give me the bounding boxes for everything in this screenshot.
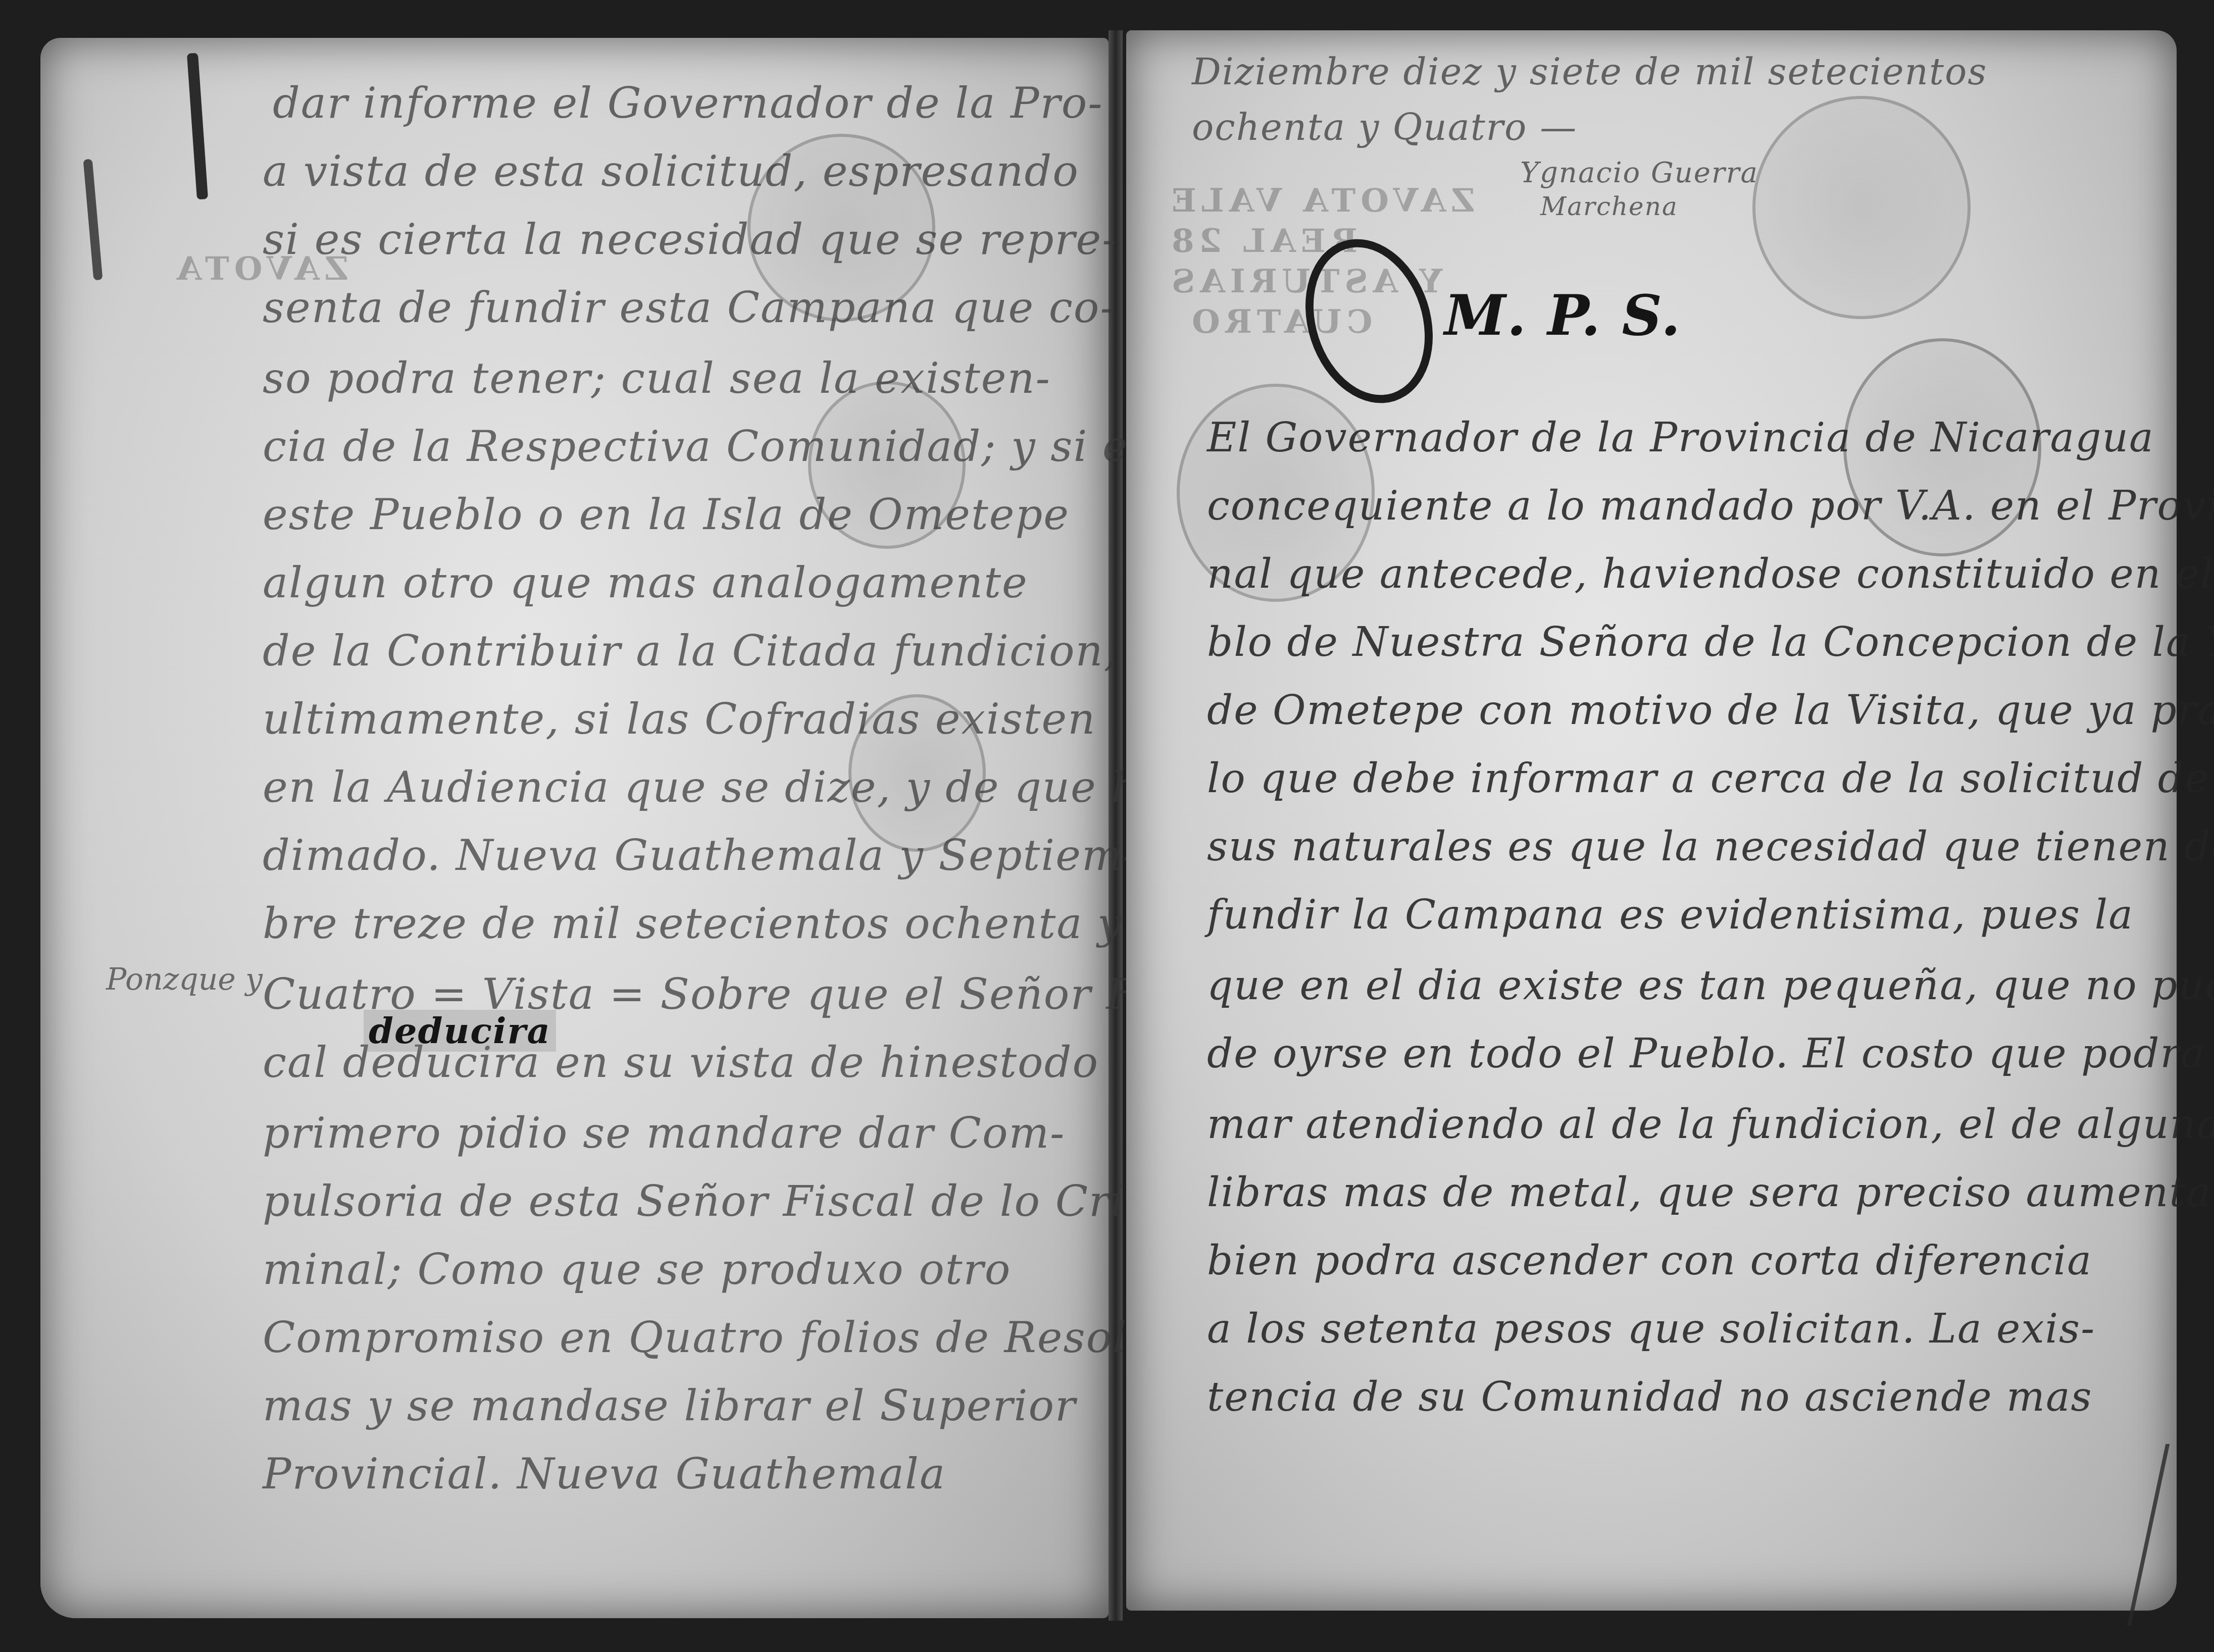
manuscript-line: primero pidio se mandare dar Com- bbox=[263, 1108, 1065, 1158]
manuscript-line: minal; Como que se produxo otro bbox=[263, 1245, 1011, 1294]
manuscript-line: dar informe el Governador de la Pro- bbox=[273, 78, 1103, 128]
manuscript-line: este Pueblo o en la Isla de Ometepe bbox=[263, 490, 1070, 539]
manuscript-line: si es cierta la necesidad que se repre- bbox=[263, 215, 1118, 264]
manuscript-line: cia de la Respectiva Comunidad; y si en bbox=[263, 422, 1157, 471]
book-gutter bbox=[1109, 30, 1123, 1621]
manuscript-line: tencia de su Comunidad no asciende mas bbox=[1207, 1373, 2093, 1420]
salutation: M. P. S. bbox=[1444, 283, 1681, 348]
signature-title: Marchena bbox=[1540, 192, 1678, 221]
margin-note: Ponzque y bbox=[106, 962, 263, 997]
bleed-through-stamp-text: ZAVOTA VALE bbox=[1167, 182, 1475, 220]
manuscript-line: Provincial. Nueva Guathemala bbox=[263, 1449, 946, 1499]
signature-name: Ygnacio Guerra bbox=[1520, 157, 1758, 189]
manuscript-line: pulsoria de esta Señor Fiscal de lo Cri- bbox=[263, 1176, 1140, 1226]
highlighted-word: deducira bbox=[364, 1010, 556, 1052]
faded-seal-stamp bbox=[1752, 96, 1971, 319]
manuscript-line: so podra tener; cual sea la existen- bbox=[263, 353, 1051, 403]
manuscript-line: nal que antecede, haviendose constituido… bbox=[1207, 550, 2214, 597]
manuscript-line: a vista de esta solicitud, espresando bbox=[263, 146, 1079, 196]
manuscript-line: fundir la Campana es evidentisima, pues … bbox=[1207, 891, 2134, 938]
manuscript-line: concequiente a lo mandado por V.A. en el… bbox=[1207, 482, 2214, 529]
header-date-line: ochenta y Quatro — bbox=[1192, 106, 1577, 148]
manuscript-line: de Ometepe con motivo de la Visita, que … bbox=[1207, 687, 2214, 734]
manuscript-line: mas y se mandase librar el Superior bbox=[263, 1381, 1076, 1430]
manuscript-line: sus naturales es que la necesidad que ti… bbox=[1207, 823, 2214, 870]
manuscript-line: de la Contribuir a la Citada fundicion, … bbox=[263, 626, 1158, 676]
header-date-line: Diziembre diez y siete de mil seteciento… bbox=[1192, 50, 1987, 93]
manuscript-line: senta de fundir esta Campana que co- bbox=[263, 283, 1116, 332]
manuscript-line: mar atendiendo al de la fundicion, el de… bbox=[1207, 1101, 2214, 1148]
manuscript-line: El Governador de la Provincia de Nicarag… bbox=[1207, 414, 2154, 461]
left-page: ZAVOTA dar informe el Governador de la P… bbox=[40, 38, 1109, 1618]
manuscript-line: que en el dia existe es tan pequeña, que… bbox=[1207, 962, 2214, 1009]
manuscript-line: algun otro que mas analogamente bbox=[263, 558, 1028, 607]
manuscript-line: lo que debe informar a cerca de la solic… bbox=[1207, 755, 2209, 802]
right-page: ZAVOTA VALE REAL 28 Y ASTURIAS CUATRO Di… bbox=[1126, 30, 2177, 1611]
manuscript-line: dimado. Nueva Guathemala y Septiem- bbox=[263, 831, 1138, 880]
manuscript-line: ultimamente, si las Cofradias existen bbox=[263, 694, 1096, 744]
manuscript-line: Compromiso en Quatro folios de Resol- bbox=[263, 1313, 1142, 1362]
manuscript-line: bien podra ascender con corta diferencia bbox=[1207, 1237, 2092, 1284]
ink-stroke-mark bbox=[187, 53, 208, 200]
manuscript-line: blo de Nuestra Señora de la Concepcion d… bbox=[1207, 618, 2214, 665]
ink-stroke-mark bbox=[83, 159, 103, 281]
manuscript-line: libras mas de metal, que sera preciso au… bbox=[1207, 1169, 2214, 1216]
manuscript-line: en la Audiencia que se dize, y de que ha bbox=[263, 762, 1166, 812]
manuscript-line: bre treze de mil setecientos ochenta y bbox=[263, 899, 1123, 948]
manuscript-line: a los setenta pesos que solicitan. La ex… bbox=[1207, 1305, 2095, 1352]
manuscript-line: de oyrse en todo el Pueblo. El costo que… bbox=[1207, 1030, 2214, 1077]
